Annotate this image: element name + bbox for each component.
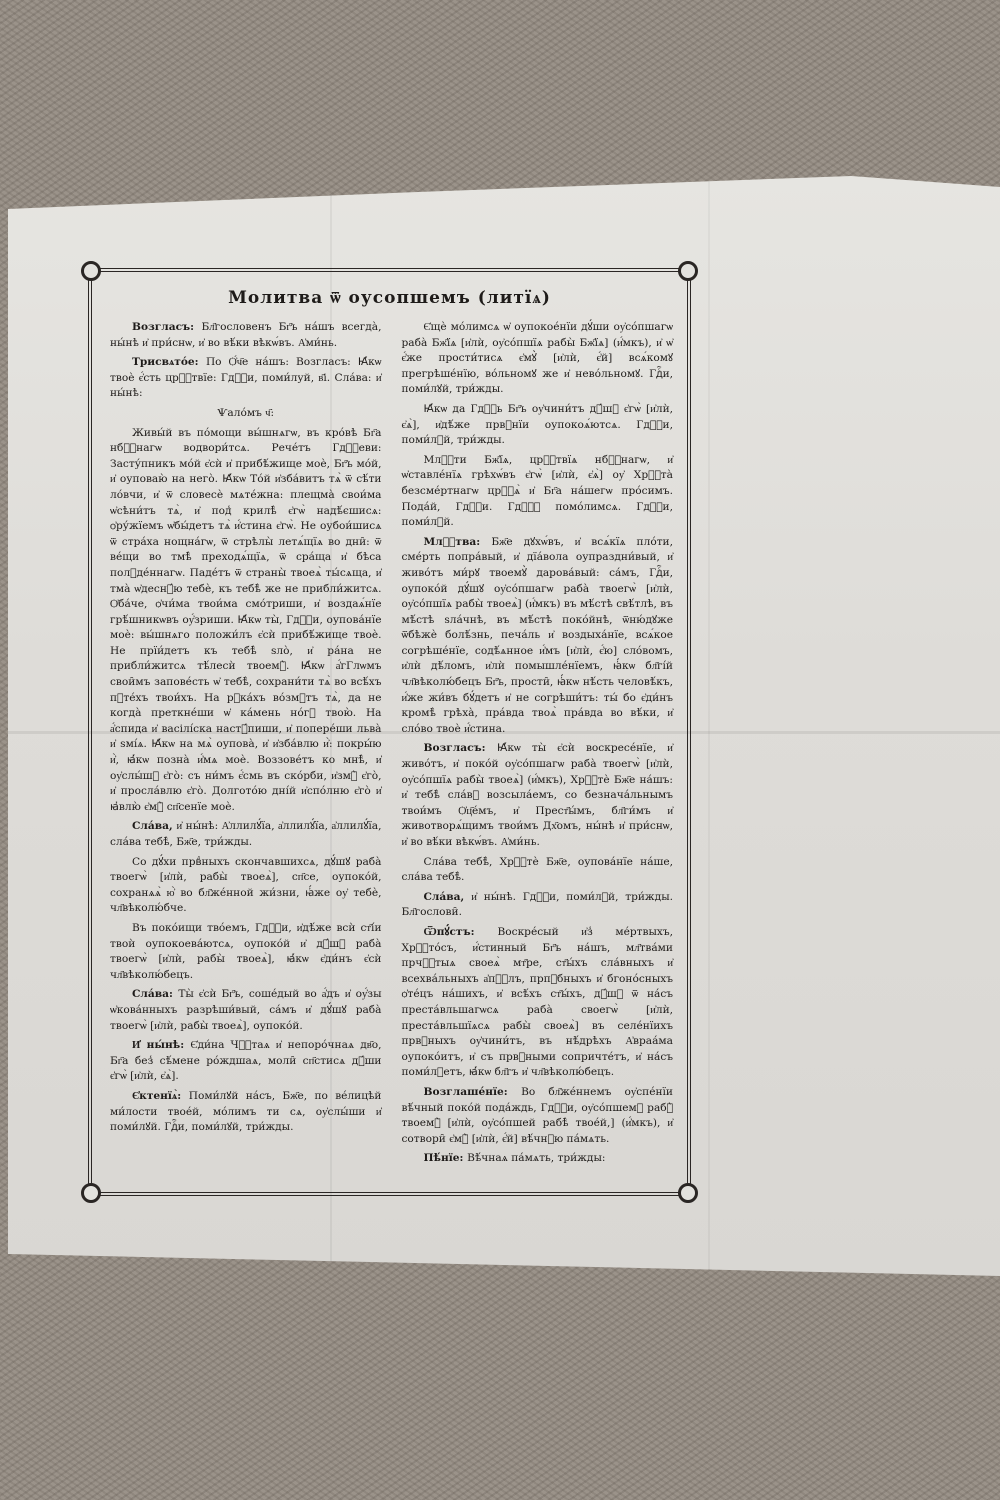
- paragraph-lead: Є҆ктенїѧ̀:: [132, 1090, 189, 1102]
- paragraph: И҆ ны́нѣ: Є҆ди́на Чⷭ҇таѧ и҆ непоро́чнаѧ …: [110, 1038, 382, 1085]
- paragraph-text: Вѣ́чнаѧ па́мѧть, три́жды:: [467, 1152, 605, 1164]
- paragraph: Ꙗ҆́кѡ да Гдⷭ҇ь Бг҃ъ оу҆чини́тъ дꙋ́шꙋ є҆г…: [402, 402, 674, 449]
- paragraph-text: Живы́й въ по́мощи вы́шнѧгѡ, въ кро́вѣ Бг…: [110, 427, 382, 813]
- paragraph-lead: Возгласъ:: [132, 321, 201, 333]
- text-columns: Возгласъ: Бл҃гословенъ Бг҃ъ на́шъ всегда…: [110, 320, 673, 1182]
- paragraph-text: Ꙗ҆́кѡ да Гдⷭ҇ь Бг҃ъ оу҆чини́тъ дꙋ́шꙋ є҆г…: [402, 403, 674, 446]
- paragraph-lead: Пѣ́нїе:: [424, 1152, 468, 1164]
- frame-curl-icon: [678, 1183, 698, 1203]
- paragraph-lead: Сла́ва,: [424, 891, 472, 903]
- paragraph: Живы́й въ по́мощи вы́шнѧгѡ, въ кро́вѣ Бг…: [110, 426, 382, 816]
- paragraph: Въ поко́ищи тво́емъ, Гдⷭ҇и, и҆дѣ́же всѝ …: [110, 921, 382, 983]
- paragraph: Є҆щѐ мо́лимсѧ ѡ҆ оупокое́нїи дꙋ́ши оу҆со…: [402, 320, 674, 398]
- paragraph: Млⷭ҇ти Бж҃їѧ, црⷭ҇твїѧ нбⷭ҇нагѡ, и҆ ѡ҆ст…: [402, 453, 674, 531]
- paragraph-lead: Возгласъ:: [424, 742, 498, 754]
- paragraph: Сла́ва: Ты̀ є҆сѝ Бг҃ъ, соше́дый во а҆́дъ…: [110, 987, 382, 1034]
- paragraph-lead: Возглаше́нїе:: [424, 1086, 522, 1098]
- document-title: Молитва ѿ оусопшемъ (литїѧ): [92, 288, 687, 308]
- frame-curl-icon: [81, 261, 101, 281]
- paragraph-text: Сла́ва тебѣ̀, Хрⷭ҇тѐ Бж҃е, оупова́нїе на…: [402, 856, 674, 884]
- paragraph-text: Въ поко́ищи тво́емъ, Гдⷭ҇и, и҆дѣ́же всѝ …: [110, 922, 382, 981]
- left-column: Возгласъ: Бл҃гословенъ Бг҃ъ на́шъ всегда…: [110, 320, 382, 1182]
- paragraph-text: Млⷭ҇ти Бж҃їѧ, црⷭ҇твїѧ нбⷭ҇нагѡ, и҆ ѡ҆ст…: [402, 454, 674, 528]
- paragraph: Ѱало́мъ ч҃:: [110, 406, 382, 422]
- paragraph: Возгласъ: Ꙗ҆́кѡ ты̀ є҆сѝ воскресе́нїе, и…: [402, 741, 674, 850]
- paragraph: Пѣ́нїе: Вѣ́чнаѧ па́мѧть, три́жды:: [402, 1151, 674, 1167]
- paragraph: Сла́ва, и҆ ны́нѣ: А҆ллилꙋ́їа, а҆ллилꙋ́їа…: [110, 819, 382, 850]
- paragraph-text: Ꙗ҆́кѡ ты̀ є҆сѝ воскресе́нїе, и҆ живо́тъ,…: [402, 742, 674, 848]
- frame-curl-icon: [81, 1183, 101, 1203]
- fold-line-vertical-right: [708, 176, 710, 1276]
- paragraph-lead: Млⷭ҇тва:: [424, 536, 492, 548]
- paragraph-lead: Сла́ва,: [132, 820, 176, 832]
- paragraph-lead: Сла́ва:: [132, 988, 178, 1000]
- paragraph: Со дꙋ́хи првⷣныхъ скончавшихсѧ, дꙋ́шꙋ ра…: [110, 855, 382, 917]
- paragraph: Млⷭ҇тва: Бж҃е дꙋхѡ́въ, и҆ всѧ́кїѧ пло́ти…: [402, 535, 674, 738]
- paragraph-text: Со дꙋ́хи првⷣныхъ скончавшихсѧ, дꙋ́шꙋ ра…: [110, 856, 382, 915]
- paragraph: Сла́ва, и҆ ны́нѣ. Гдⷭ҇и, поми́лꙋй, три́ж…: [402, 890, 674, 921]
- paragraph-text: Ѱало́мъ ч҃:: [217, 407, 274, 419]
- right-column: Є҆щѐ мо́лимсѧ ѡ҆ оупокое́нїи дꙋ́ши оу҆со…: [402, 320, 674, 1182]
- paragraph: Возгласъ: Бл҃гословенъ Бг҃ъ на́шъ всегда…: [110, 320, 382, 351]
- paragraph: Трисвѧто́е: По Ѻ҆́ч҃е на́шъ: Возгласъ: Ꙗ…: [110, 355, 382, 402]
- paragraph-lead: Ѿпꙋ́стъ:: [424, 926, 498, 938]
- paragraph: Є҆ктенїѧ̀: Поми́лꙋй на́съ, Бж҃е, по ве́л…: [110, 1089, 382, 1136]
- paragraph-lead: И҆ ны́нѣ:: [132, 1039, 190, 1051]
- frame-curl-icon: [678, 261, 698, 281]
- ornamental-frame: Молитва ѿ оусопшемъ (литїѧ) Возгласъ: Бл…: [88, 268, 691, 1196]
- paragraph-lead: Трисвѧто́е:: [132, 356, 206, 368]
- paragraph: Возглаше́нїе: Во бл҃же́ннемъ оу҆спе́нїи …: [402, 1085, 674, 1147]
- paragraph-text: Бж҃е дꙋхѡ́въ, и҆ всѧ́кїѧ пло́ти, сме́рть…: [402, 536, 674, 735]
- paragraph-text: Воскре́сый и҆з̾ ме́ртвыхъ, Хрⷭ҇то́съ, и҆…: [402, 926, 674, 1078]
- paragraph: Сла́ва тебѣ̀, Хрⷭ҇тѐ Бж҃е, оупова́нїе на…: [402, 855, 674, 886]
- paragraph: Ѿпꙋ́стъ: Воскре́сый и҆з̾ ме́ртвыхъ, Хрⷭ҇…: [402, 925, 674, 1081]
- paragraph-text: Є҆щѐ мо́лимсѧ ѡ҆ оупокое́нїи дꙋ́ши оу҆со…: [402, 321, 674, 395]
